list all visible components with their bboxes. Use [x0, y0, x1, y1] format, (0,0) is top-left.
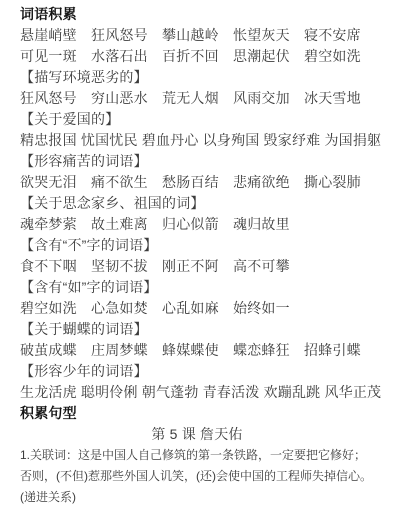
idiom-row: 欲哭无泪 痛不欲生 愁肠百结 悲痛欲绝 撕心裂肺 [20, 172, 374, 193]
idiom-row: 食不下咽 坚韧不拔 刚正不阿 高不可攀 [20, 256, 374, 277]
category-label-contains-ru: 【含有“如”字的词语】 [20, 277, 374, 298]
idiom-row: 碧空如洗 心急如焚 心乱如麻 始终如一 [20, 298, 374, 319]
category-label-patriotism: 【关于爱国的】 [20, 109, 374, 130]
category-label-harsh-environment: 【描写环境恶劣的】 [20, 67, 374, 88]
idiom-row: 精忠报国 忧国忧民 碧血丹心 以身殉国 毁家纾难 为国捐躯 [20, 130, 374, 151]
vocabulary-document: 词语积累 悬崖峭壁 狂风怒号 攀山越岭 怅望灰天 寝不安席 可见一斑 水落石出 … [0, 0, 394, 508]
lesson-title: 第 5 课 詹天佑 [20, 424, 374, 445]
idiom-row: 狂风怒号 穷山恶水 荒无人烟 风雨交加 冰天雪地 [20, 88, 374, 109]
paragraph-line: 1.关联词：这是中国人自己修筑的第一条铁路，一定要把它修好； [20, 445, 374, 466]
category-label-pain: 【形容痛苦的词语】 [20, 151, 374, 172]
paragraph-line: (递进关系) [20, 487, 374, 508]
idiom-row: 魂牵梦萦 故土难离 归心似箭 魂归故里 [20, 214, 374, 235]
idiom-row: 可见一斑 水落石出 百折不回 思潮起伏 碧空如洗 [20, 46, 374, 67]
paragraph-line: 否则，(不但)惹那些外国人讥笑，(还)会使中国的工程师失掉信心。 [20, 466, 374, 487]
idiom-row: 破茧成蝶 庄周梦蝶 蜂媒蝶使 蝶恋蜂狂 招蜂引蝶 [20, 340, 374, 361]
idiom-row: 生龙活虎 聪明伶俐 朝气蓬勃 青春活泼 欢蹦乱跳 风华正茂 [20, 382, 374, 403]
category-label-butterfly: 【关于蝴蝶的词语】 [20, 319, 374, 340]
sentence-patterns-heading: 积累句型 [20, 403, 374, 424]
category-label-homesickness: 【关于思念家乡、祖国的词】 [20, 193, 374, 214]
idiom-row: 悬崖峭壁 狂风怒号 攀山越岭 怅望灰天 寝不安席 [20, 25, 374, 46]
words-accumulation-heading: 词语积累 [20, 4, 374, 25]
category-label-contains-bu: 【含有“不”字的词语】 [20, 235, 374, 256]
category-label-youth: 【形容少年的词语】 [20, 361, 374, 382]
